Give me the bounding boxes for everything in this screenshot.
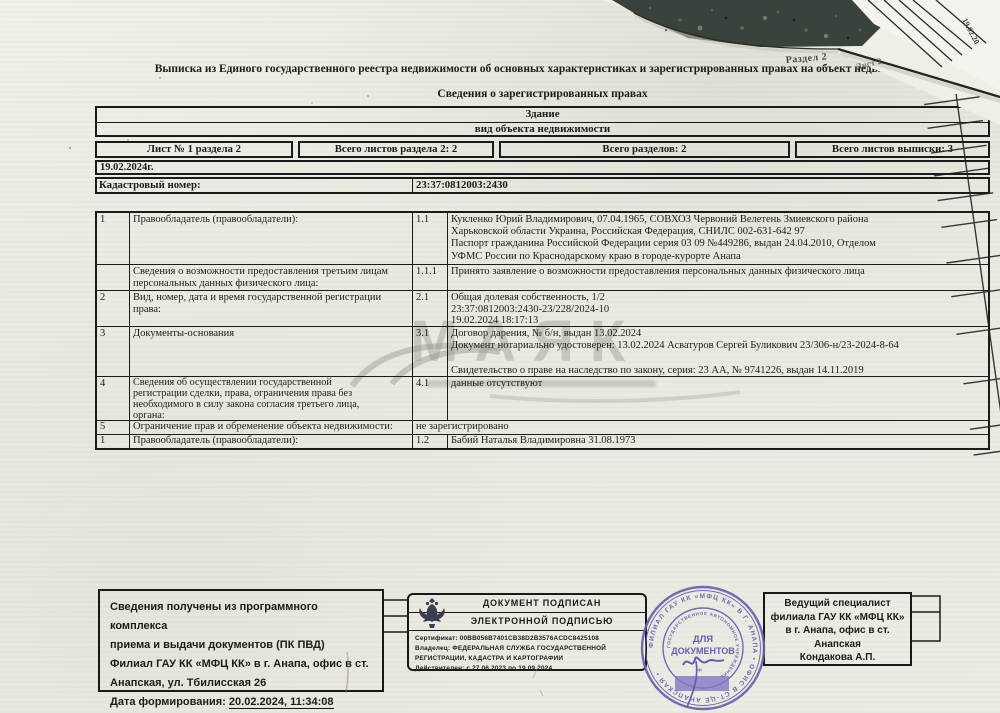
attribute-label-cell: Правообладатель (правообладатели): [130, 435, 413, 448]
formation-date-label: Дата формирования: [110, 696, 229, 708]
attribute-label-cell: Вид, номер, дата и время государственной… [130, 291, 413, 327]
value-cell: данные отсутствуют [448, 377, 988, 421]
row-number-cell: 3 [97, 327, 130, 377]
attribute-label-cell: Документы-основания [130, 327, 413, 377]
attribute-label-cell: Ограничение прав и обременение объекта н… [130, 421, 413, 435]
value-cell: Договор дарения, № б/н, выдан 13.02.2024… [448, 327, 988, 377]
stamp-filled-bar [675, 676, 729, 691]
attribute-label-cell: Сведения о возможности предоставления тр… [130, 265, 413, 291]
sub-number-cell: 1.2 [413, 435, 448, 448]
coat-of-arms-icon [417, 597, 447, 631]
attribute-label-cell: Сведения об осуществлении государственно… [130, 377, 413, 421]
row-number-cell: 1 [97, 213, 130, 265]
formation-date-value: 20.02.2024, 11:34:08 [229, 696, 334, 709]
electronic-signature-stamp: ДОКУМЕНТ ПОДПИСАН ЭЛЕКТРОННОЙ ПОДПИСЬЮ С… [407, 593, 647, 671]
scanner-bed-wedge [612, 0, 908, 47]
svg-text:ГОСУДАРСТВЕННОЕ АВТОНОМНОЕ УЧР: ГОСУДАРСТВЕННОЕ АВТОНОМНОЕ УЧРЕЖДЕНИЕ [666, 611, 740, 680]
sub-number-cell: 1.1 [413, 213, 448, 265]
row-number-cell [97, 265, 130, 291]
round-stamp-center-line2: ДОКУМЕНТОВ [671, 646, 735, 656]
cadastral-label: Кадастровый номер: [97, 179, 413, 192]
row-number-cell: 4 [97, 377, 130, 421]
pkpvd-info-text: Сведения получены из программного компле… [110, 601, 369, 689]
rights-table: 1 Правообладатель (правообладатели): 1.1… [95, 211, 990, 450]
object-kind-caption: вид объекта недвижимости [97, 123, 988, 137]
sheet-cell-3: Всего разделов: 2 [499, 141, 790, 158]
sheet-cell-1: Лист № 1 раздела 2 [95, 141, 293, 158]
round-stamp: ФИЛИАЛ ГАУ КК «МФЦ КК» В Г. АНАПА • ОФИС… [638, 583, 768, 713]
pkpvd-info-box: Сведения получены из программного компле… [98, 589, 384, 692]
round-stamp-outer-text: ФИЛИАЛ ГАУ КК «МФЦ КК» В Г. АНАПА • ОФИС… [648, 593, 758, 703]
document-title-line2: Сведения о зарегистрированных правах [95, 88, 990, 100]
sub-number-cell: 3.1 [413, 327, 448, 377]
svg-text:ФИЛИАЛ ГАУ КК «МФЦ КК» В Г. АН: ФИЛИАЛ ГАУ КК «МФЦ КК» В Г. АНАПА • ОФИС… [648, 593, 758, 703]
handwritten-signature [683, 657, 724, 665]
value-cell: Кукленко Юрий Владимирович, 07.04.1965, … [448, 213, 988, 265]
sheet-cell-2: Всего листов раздела 2: 2 [298, 141, 494, 158]
value-cell: Бабий Наталья Владимировна 31.08.1973 [448, 435, 988, 448]
asterisk-mark: * [697, 666, 703, 678]
object-kind-value: Здание [97, 108, 988, 123]
round-stamp-inner-text: ГОСУДАРСТВЕННОЕ АВТОНОМНОЕ УЧРЕЖДЕНИЕ [666, 611, 740, 680]
row-number-cell: 1 [97, 435, 130, 448]
esign-details: Сертификат: 00BB056B7401CB38D2B3576ACDC8… [409, 631, 645, 674]
sub-number-cell: 4.1 [413, 377, 448, 421]
cadastral-number: 23:37:0812003:2430 [413, 179, 988, 192]
esign-connector-lines [383, 600, 409, 632]
sub-number-cell: 1.1.1 [413, 265, 448, 291]
round-stamp-center-line1: ДЛЯ [693, 634, 713, 645]
specialist-box: Ведущий специалист филиала ГАУ КК «МФЦ К… [763, 592, 912, 666]
row-number-cell: 2 [97, 291, 130, 327]
attribute-label-cell: Правообладатель (правообладатели): [130, 213, 413, 265]
row-number-cell: 5 [97, 421, 130, 435]
sub-number-cell: 2.1 [413, 291, 448, 327]
cadastral-box: Кадастровый номер: 23:37:0812003:2430 [95, 177, 990, 194]
value-cell: Общая долевая собственность, 1/2 23:37:0… [448, 291, 988, 327]
sheet-cell-4: Всего листов выписки: 3 [795, 141, 990, 158]
value-cell: Принято заявление о возможности предоста… [448, 265, 988, 291]
extract-date-box: 19.02.2024г. [95, 160, 990, 175]
rotated-sheet-corner [852, 0, 1000, 90]
formation-date-line: Дата формирования: 20.02.2024, 11:34:08 [110, 693, 376, 712]
object-kind-box: Здание вид объекта недвижимости [95, 106, 990, 137]
value-cell: не зарегистрировано [413, 421, 988, 435]
document-title-line1: Выписка из Единого государственного реес… [95, 63, 990, 75]
underlying-sheet-date: 19.02.20 [960, 17, 981, 46]
specialist-side-rects [911, 596, 940, 641]
